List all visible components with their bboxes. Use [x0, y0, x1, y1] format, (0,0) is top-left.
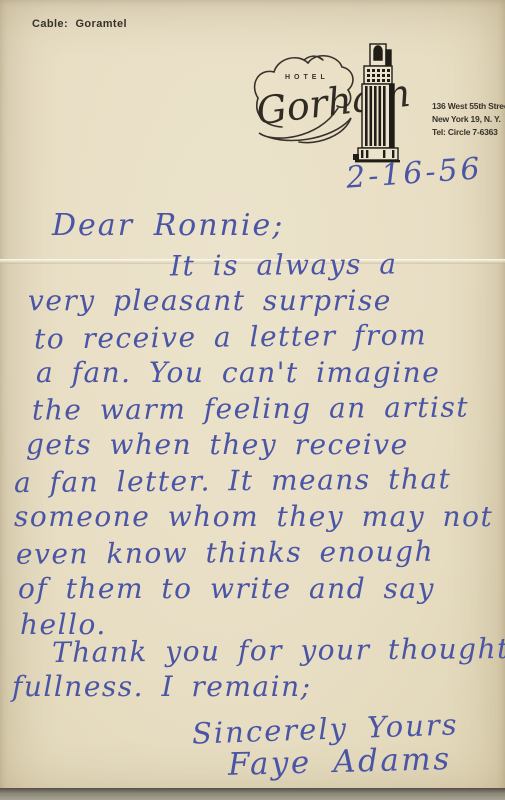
handwriting-line: hello.: [20, 608, 502, 634]
skyscraper-icon: [350, 42, 404, 166]
signature: Faye Adams: [228, 741, 452, 783]
address-line-phone: Tel: Circle 7-6363: [432, 126, 505, 139]
handwriting-line: gets when they receive: [26, 428, 502, 464]
handwriting-line: to receive a letter from: [34, 318, 502, 359]
salutation: Dear Ronnie;: [52, 208, 284, 243]
cable-address-line: Cable: Goramtel: [32, 18, 127, 30]
handwriting-line: a fan. You can't imagine: [36, 356, 502, 392]
handwriting-line: It is always a: [170, 247, 502, 286]
scan-edge: [0, 788, 505, 800]
address-line-city: New York 19, N. Y.: [432, 113, 505, 126]
handwriting-line: very pleasant surprise: [28, 284, 502, 320]
hotel-label: HOTEL: [285, 74, 329, 81]
address-block: 136 West 55th Street New York 19, N. Y. …: [432, 100, 505, 139]
handwriting-line: even know thinks enough: [16, 534, 502, 573]
handwriting-line: a fan letter. It means that: [14, 462, 502, 502]
handwriting-line: of them to write and say: [18, 572, 502, 608]
handwriting-line: fullness. I remain;: [12, 670, 502, 706]
handwriting-line: the warm feeling an artist: [32, 390, 502, 429]
handwriting-line: Thank you for your thought: [52, 632, 502, 672]
letter-scan-page: Cable: Goramtel HOTEL Gorham: [0, 0, 505, 800]
address-line-street: 136 West 55th Street: [432, 100, 505, 113]
handwriting-line: someone whom they may not: [14, 500, 502, 536]
letter-body: It is always a very pleasant surprise to…: [12, 248, 502, 706]
